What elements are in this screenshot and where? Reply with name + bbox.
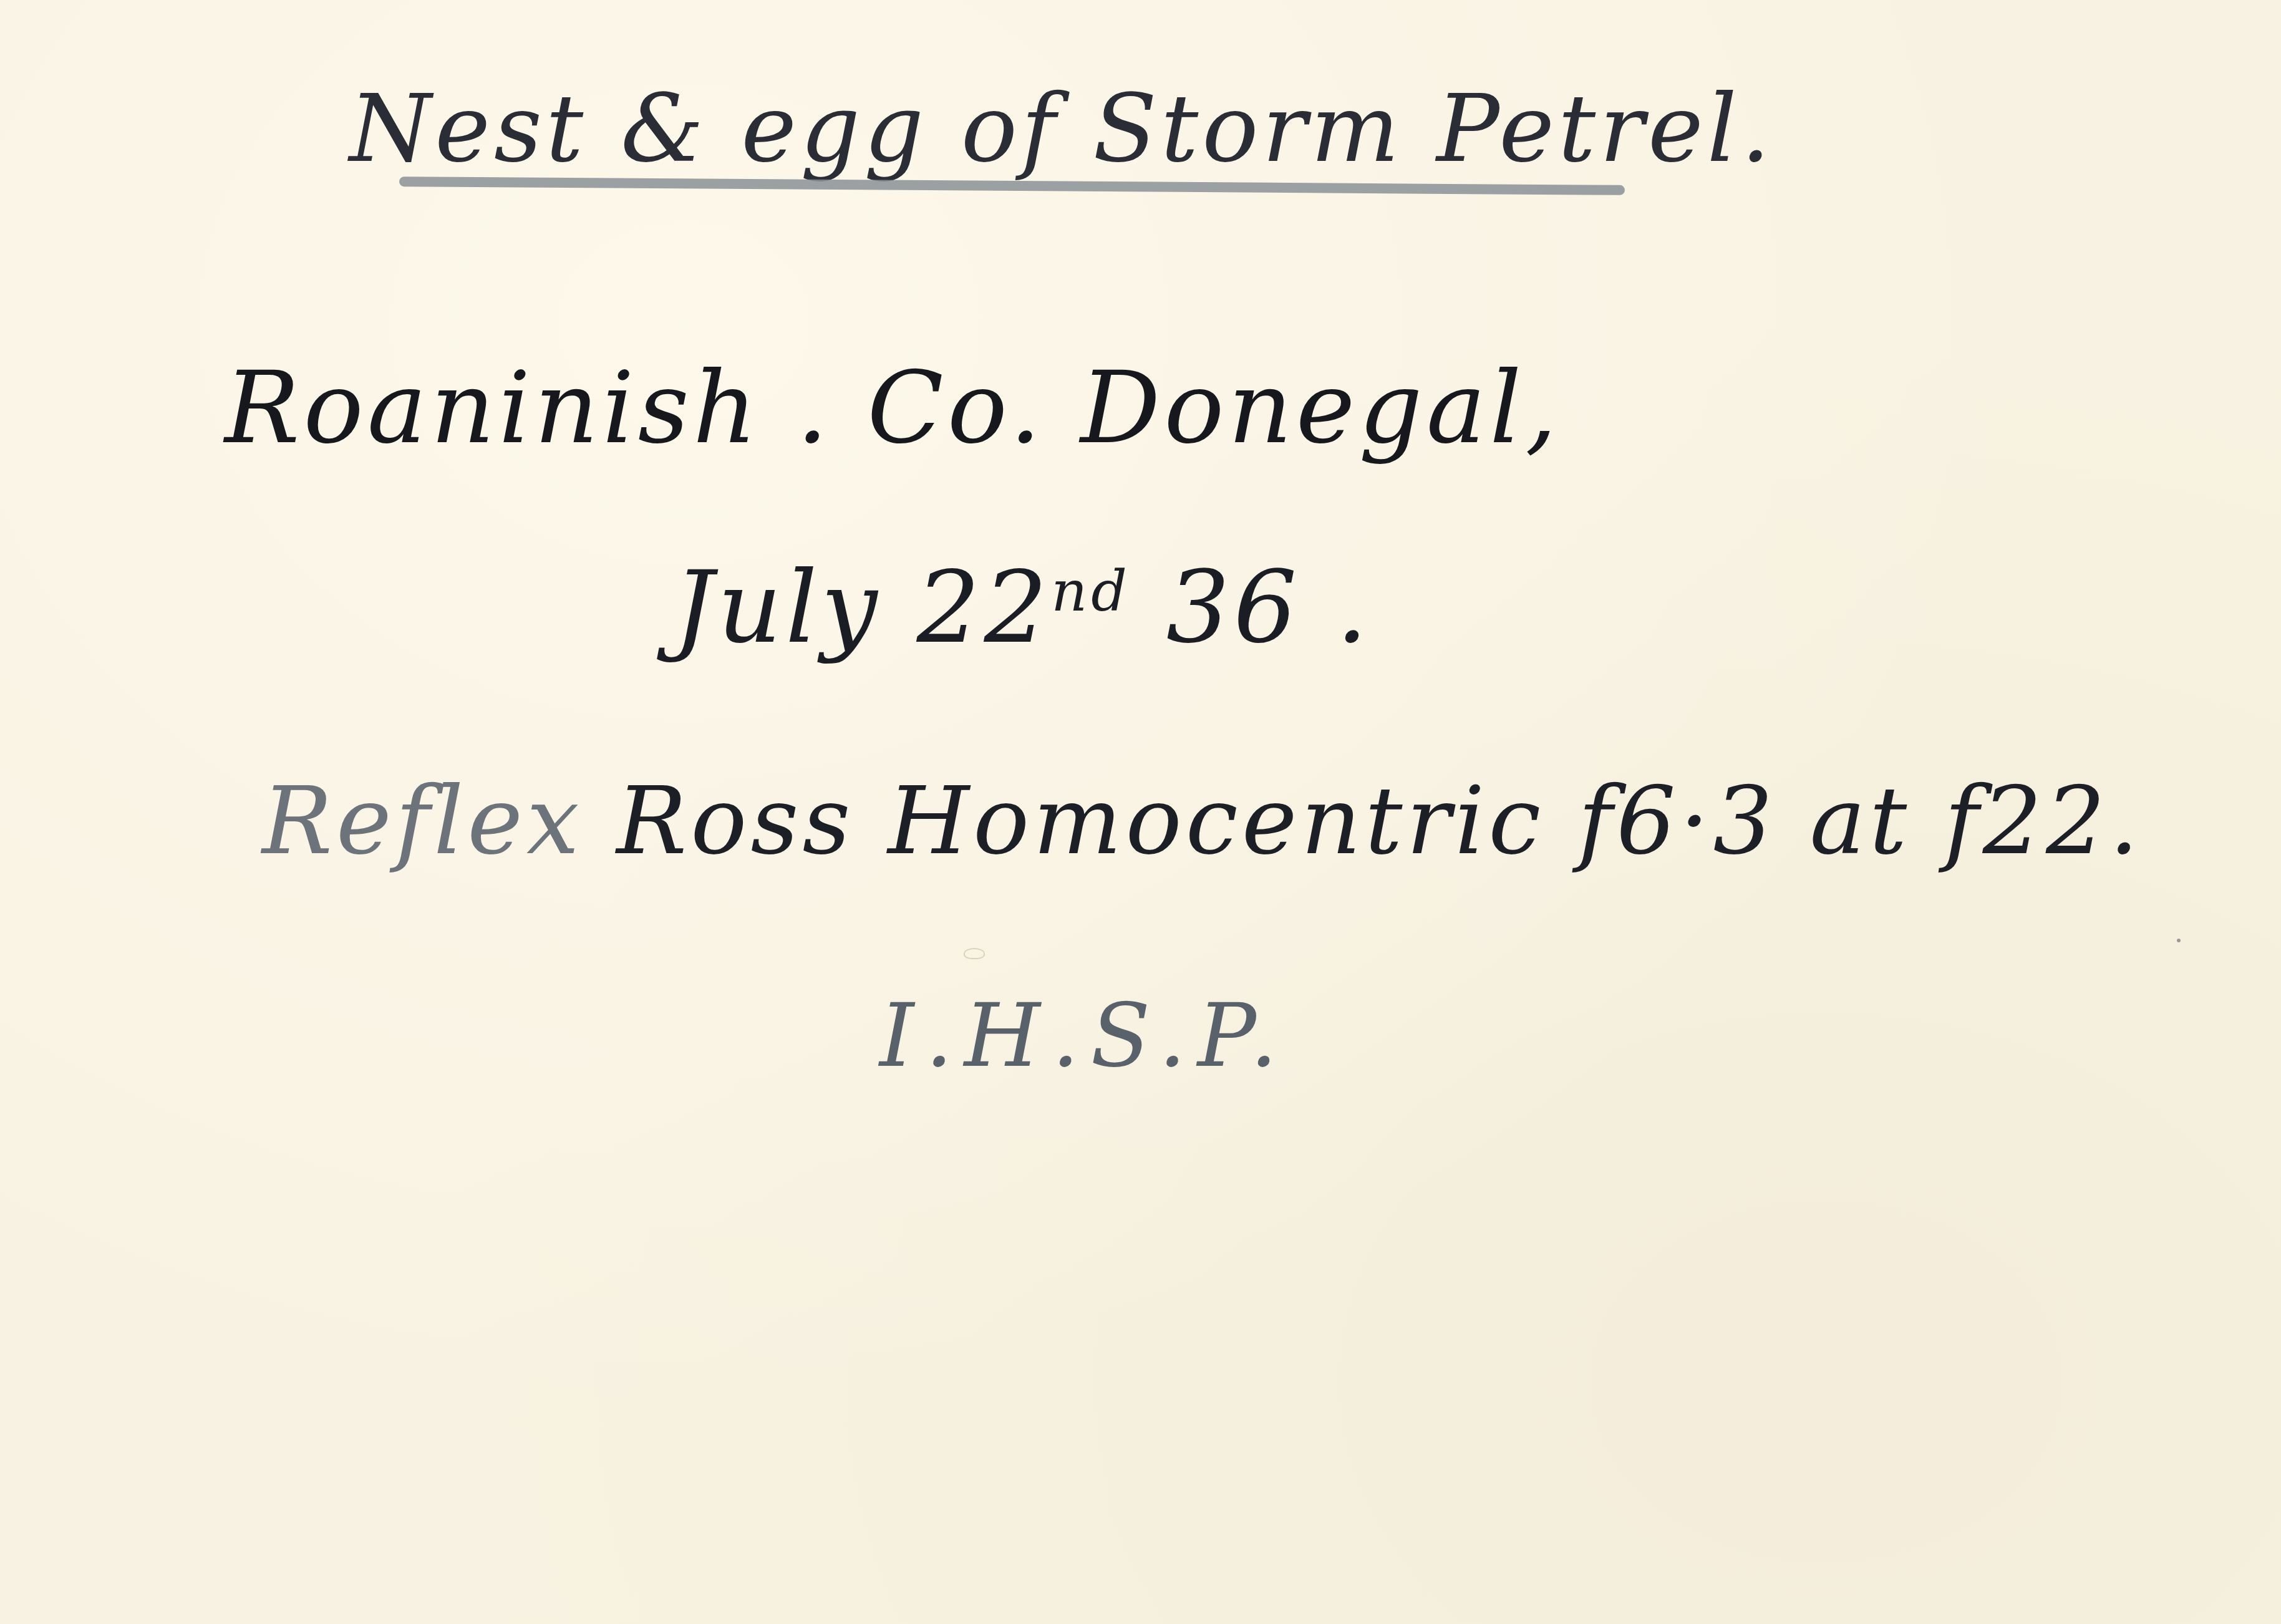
author-initials: I.H.S.P.	[879, 985, 1289, 1087]
date-main: July 22	[674, 549, 1051, 665]
caption-card: Nest & egg of Storm Petrel. Roaninish . …	[0, 0, 2281, 1624]
caption-location: Roaninish . Co. Donegal,	[225, 349, 1561, 466]
caption-camera-details: Reflex Ross Homocentric f6·3 at f22.	[262, 767, 2143, 876]
paper-mark	[964, 948, 985, 959]
caption-title: Nest & egg of Storm Petrel.	[349, 75, 1775, 183]
ink-speck	[2177, 939, 2181, 942]
caption-date: July 22nd 36 .	[674, 549, 1372, 665]
date-year: 36 .	[1131, 549, 1372, 665]
date-suffix: nd	[1051, 559, 1131, 624]
lens-and-aperture: Ross Homocentric f6·3 at f22.	[583, 767, 2143, 876]
camera-type: Reflex	[262, 767, 583, 876]
